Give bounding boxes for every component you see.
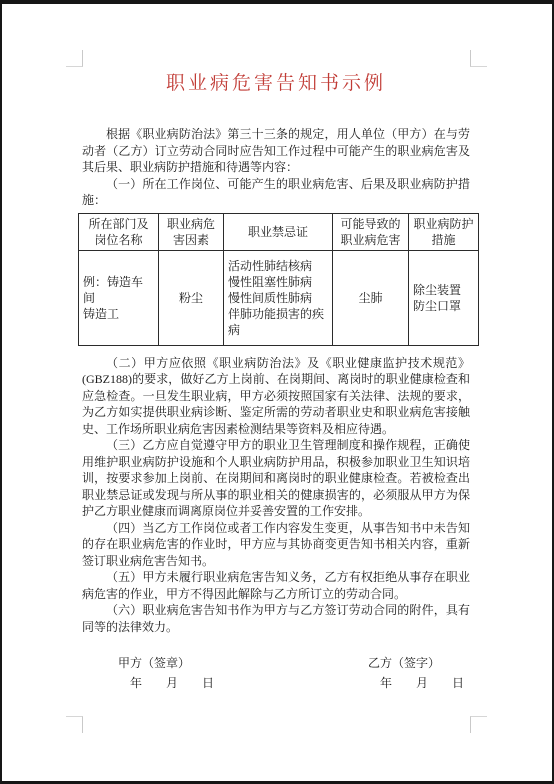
hazard-table-header: 所在部门及岗位名称 职业病危害因素 职业禁忌证 可能导致的职业病危害 职业病防护… xyxy=(79,213,479,250)
hazard-table-body: 例：铸造车间 铸造工 粉尘 活动性肺结核病 慢性阻塞性肺病 慢性间质性肺病 伴肺… xyxy=(79,250,479,345)
document-body: 职业病危害告知书示例 根据《职业病防治法》第三十三条的规定，用人单位（甲方）在与… xyxy=(82,66,470,691)
clauses-block: （二）甲方应依照《职业病防治法》及《职业健康监护技术规范》(GBZ188)的要求… xyxy=(82,355,470,636)
margin-crop-mark-bottom-left xyxy=(66,716,83,733)
cell-protection: 除尘装置 防尘口罩 xyxy=(409,250,479,345)
margin-crop-mark-top-right xyxy=(470,50,487,67)
party-b-date-line: 年 月 日 xyxy=(368,675,464,691)
header-cell-contraindication: 职业禁忌证 xyxy=(224,213,333,250)
party-a-date-line: 年 月 日 xyxy=(118,675,214,691)
signature-row: 甲方（签章） 年 月 日 乙方（签字） 年 月 日 xyxy=(82,655,470,691)
cell-hazard-factor: 粉尘 xyxy=(159,250,224,345)
table-row: 例：铸造车间 铸造工 粉尘 活动性肺结核病 慢性阻塞性肺病 慢性间质性肺病 伴肺… xyxy=(79,250,479,345)
clause-paragraph-2: （二）甲方应依照《职业病防治法》及《职业健康监护技术规范》(GBZ188)的要求… xyxy=(82,355,470,438)
margin-crop-mark-top-left xyxy=(66,50,83,67)
document-title: 职业病危害告知书示例 xyxy=(82,72,470,96)
clause-paragraph-5: （五）甲方未履行职业病危害告知义务，乙方有权拒绝从事存在职业病危害的作业，甲方不… xyxy=(82,569,470,602)
hazard-table: 所在部门及岗位名称 职业病危害因素 职业禁忌证 可能导致的职业病危害 职业病防护… xyxy=(78,213,479,346)
clause-paragraph-6: （六）职业病危害告知书作为甲方与乙方签订劳动合同的附件，具有同等的法律效力。 xyxy=(82,602,470,635)
signature-block-party-b: 乙方（签字） 年 月 日 xyxy=(368,655,464,691)
margin-crop-mark-bottom-right xyxy=(470,716,487,733)
party-b-sign-label: 乙方（签字） xyxy=(368,655,464,671)
cell-contraindication: 活动性肺结核病 慢性阻塞性肺病 慢性间质性肺病 伴肺功能损害的疾病 xyxy=(224,250,333,345)
intro-paragraph: 根据《职业病防治法》第三十三条的规定，用人单位（甲方）在与劳动者（乙方）订立劳动… xyxy=(82,126,470,176)
clause-paragraph-4: （四）当乙方工作岗位或者工作内容发生变更，从事告知书中未告知的存在职业病危害的作… xyxy=(82,520,470,570)
clause-paragraph-3: （三）乙方应自觉遵守甲方的职业卫生管理制度和操作规程，正确使用维护职业病防护设施… xyxy=(82,437,470,520)
cell-possible-disease: 尘肺 xyxy=(333,250,409,345)
document-page: 职业病危害告知书示例 根据《职业病防治法》第三十三条的规定，用人单位（甲方）在与… xyxy=(2,4,552,781)
header-cell-hazard-factor: 职业病危害因素 xyxy=(159,213,224,250)
header-cell-possible-disease: 可能导致的职业病危害 xyxy=(333,213,409,250)
header-cell-department: 所在部门及岗位名称 xyxy=(79,213,159,250)
section-one-heading: （一）所在工作岗位、可能产生的职业病危害、后果及职业病防护措施： xyxy=(82,176,470,209)
table-header-row: 所在部门及岗位名称 职业病危害因素 职业禁忌证 可能导致的职业病危害 职业病防护… xyxy=(79,213,479,250)
cell-department: 例：铸造车间 铸造工 xyxy=(79,250,159,345)
party-a-sign-label: 甲方（签章） xyxy=(118,655,214,671)
header-cell-protection: 职业病防护措施 xyxy=(409,213,479,250)
screenshot-root: { "doc": { "title": "职业病危害告知书示例", "title… xyxy=(0,0,554,784)
signature-block-party-a: 甲方（签章） 年 月 日 xyxy=(118,655,214,691)
